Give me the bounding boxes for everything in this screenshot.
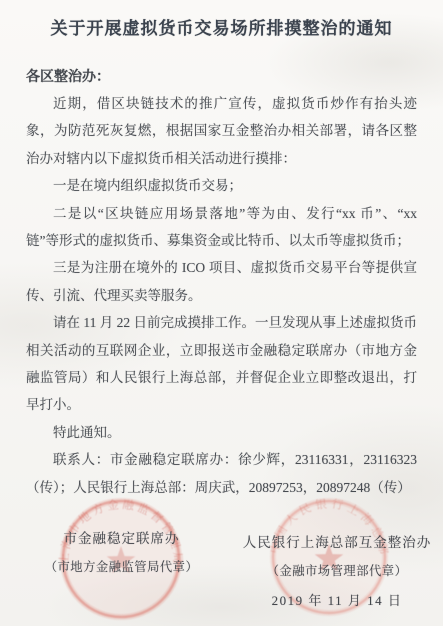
signature-date: 2019 年 11 月 14 日 bbox=[236, 590, 438, 609]
signature-org: 市金融稳定联席办 bbox=[14, 527, 229, 547]
official-seal-left-icon: 上海市地方金融监督管理局 bbox=[56, 494, 186, 624]
page-title: 关于开展虚拟货币交易场所排摸整治的通知 bbox=[0, 0, 443, 39]
notice-paragraph: 联系人：市金融稳定联席办：徐少辉，23116331，23116323（传）；人民… bbox=[26, 446, 417, 501]
notice-body: 近期，借区块链技术的推广宣传，虚拟货币炒作有抬头迹象，为防范死灰复燃，根据国家互… bbox=[0, 90, 443, 501]
notice-paragraph: 近期，借区块链技术的推广宣传，虚拟货币炒作有抬头迹象，为防范死灰复燃，根据国家互… bbox=[26, 90, 417, 172]
official-seal-right-icon: 中国人民银行上海总部 bbox=[266, 494, 392, 620]
signature-note: （金融市场管理部代章） bbox=[236, 561, 438, 579]
notice-paragraph: 一是在境内组织虚拟货币交易； bbox=[26, 172, 417, 199]
notice-paragraph: 三是为注册在境外的 ICO 项目、虚拟货币交易平台等提供宣传、引流、代理买卖等服… bbox=[26, 254, 417, 309]
signature-left: 市金融稳定联席办 （市地方金融监管局代章） bbox=[14, 527, 229, 575]
svg-text:上海市地方金融监督管理局: 上海市地方金融监督管理局 bbox=[57, 497, 185, 567]
svg-text:中国人民银行上海总部: 中国人民银行上海总部 bbox=[267, 496, 391, 559]
signature-right: 人民银行上海总部互金整治办 （金融市场管理部代章） 2019 年 11 月 14… bbox=[236, 531, 438, 609]
document-page: 关于开展虚拟货币交易场所排摸整治的通知 各区整治办： 近期，借区块链技术的推广宣… bbox=[0, 0, 443, 626]
notice-paragraph: 二是以“区块链应用场景落地”等为由、发行“xx 币”、“xx 链”等形式的虚拟货… bbox=[26, 200, 417, 255]
notice-paragraph: 特此通知。 bbox=[26, 419, 417, 446]
signature-note: （市地方金融监管局代章） bbox=[14, 557, 229, 575]
salutation: 各区整治办： bbox=[26, 66, 417, 86]
notice-paragraph: 请在 11 月 22 日前完成摸排工作。一旦发现从事上述虚拟货币相关活动的互联网… bbox=[26, 309, 417, 419]
signature-org: 人民银行上海总部互金整治办 bbox=[236, 531, 438, 551]
